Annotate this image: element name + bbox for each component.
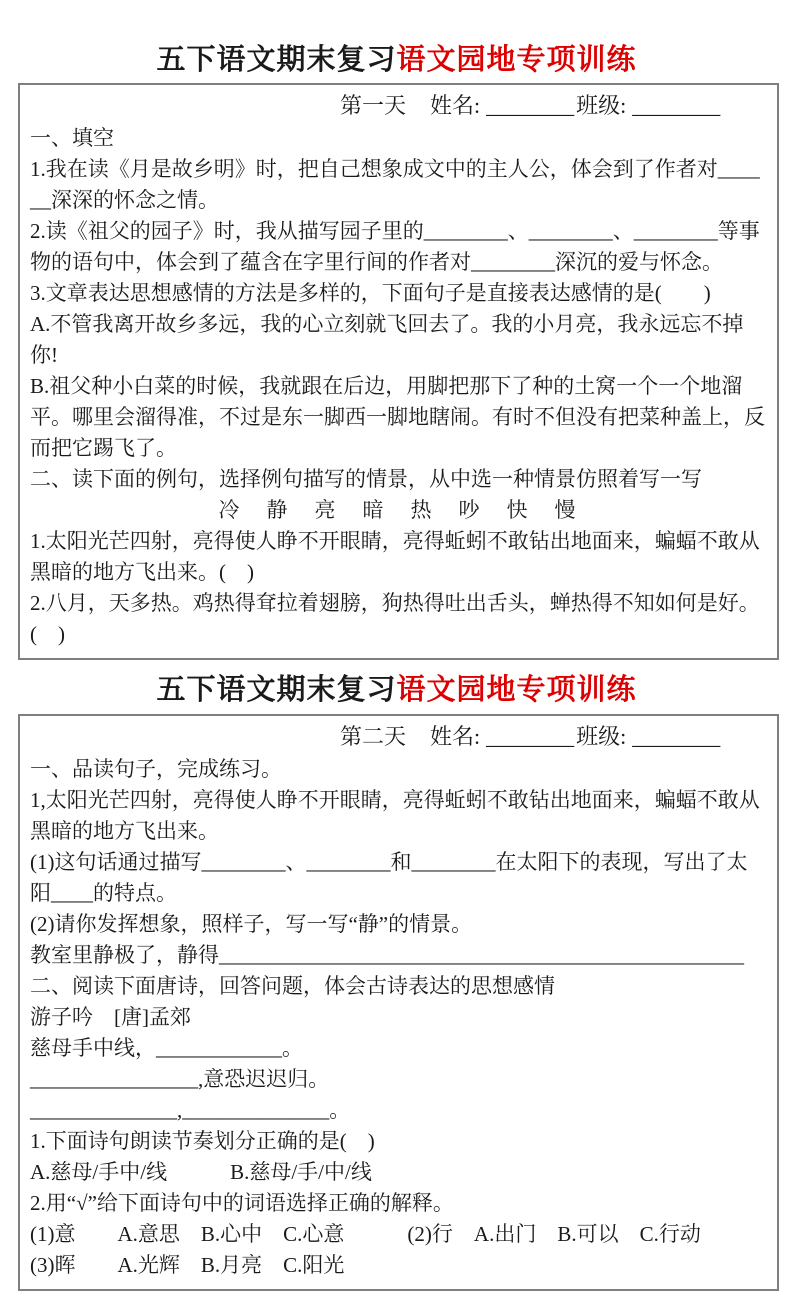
page-title-prefix: 五下语文期末复习 (156, 44, 396, 76)
text-line: B.祖父种小白菜的时候，我就跟在后边，用脚把那下了种的土窝一个一个地溜平。哪里会… (30, 371, 767, 464)
text-line: 一、填空 (30, 123, 767, 154)
class-label: 班级: (576, 93, 626, 118)
day1-exercise-body: 一、填空1.我在读《月是故乡明》时，把自己想象成文中的主人公，体会到了作者对__… (30, 123, 767, 650)
class-blank-field: ________ (632, 93, 720, 118)
text-line: 游子吟 [唐]孟郊 (30, 1002, 767, 1033)
text-line: ________________,意恐迟迟归。 (30, 1064, 767, 1095)
day-label: 第二天 (340, 724, 406, 749)
text-line: A.不管我离开故乡多远，我的心立刻就飞回去了。我的小月亮，我永远忘不掉你! (30, 309, 767, 371)
text-line: (1)意 A.意思 B.心中 C.心意 (2)行 A.出门 B.可以 C.行动 (30, 1219, 767, 1250)
page-title-prefix: 五下语文期末复习 (156, 674, 396, 706)
day2-header: 第二天姓名:________班级:________ (30, 720, 767, 754)
text-line: (1)这句话通过描写________、________和________在太阳下… (30, 847, 767, 909)
page-title: 五下语文期末复习语文园地专项训练 (0, 0, 793, 83)
page-title-highlight: 语文园地专项训练 (397, 674, 637, 706)
name-blank-field: ________ (486, 93, 574, 118)
text-line: 1.下面诗句朗读节奏划分正确的是( ) (30, 1126, 767, 1157)
text-line: 教室里静极了，静得_______________________________… (30, 940, 767, 971)
day1-header: 第一天姓名:________班级:________ (30, 89, 767, 123)
text-line: 冷 静 亮 暗 热 吵 快 慢 (30, 495, 767, 526)
text-line: 二、阅读下面唐诗，回答问题，体会古诗表达的思想感情 (30, 971, 767, 1002)
day-label: 第一天 (340, 93, 406, 118)
worksheet-day2-box: 第二天姓名:________班级:________ 一、品读句子，完成练习。1,… (18, 714, 779, 1291)
text-line: 2.读《祖父的园子》时，我从描写园子里的________、________、__… (30, 216, 767, 278)
text-line: ______________,______________。 (30, 1095, 767, 1126)
day2-exercise-body: 一、品读句子，完成练习。1,太阳光芒四射，亮得使人睁不开眼睛，亮得蚯蚓不敢钻出地… (30, 754, 767, 1281)
worksheet-day1-box: 第一天姓名:________班级:________ 一、填空1.我在读《月是故乡… (18, 83, 779, 660)
page-title: 五下语文期末复习语文园地专项训练 (0, 660, 793, 714)
text-line: A.慈母/手中/线 B.慈母/手/中/线 (30, 1157, 767, 1188)
text-line: 3.文章表达思想感情的方法是多样的，下面句子是直接表达感情的是( ) (30, 278, 767, 309)
text-line: (3)晖 A.光辉 B.月亮 C.阳光 (30, 1250, 767, 1281)
text-line: (2)请你发挥想象，照样子，写一写“静”的情景。 (30, 909, 767, 940)
text-line: 慈母手中线，____________。 (30, 1033, 767, 1064)
text-line: 一、品读句子，完成练习。 (30, 754, 767, 785)
class-blank-field: ________ (632, 724, 720, 749)
name-label: 姓名: (430, 93, 480, 118)
text-line: 2.用“√”给下面诗句中的词语选择正确的解释。 (30, 1188, 767, 1219)
text-line: 1.太阳光芒四射，亮得使人睁不开眼睛，亮得蚯蚓不敢钻出地面来，蝙蝠不敢从黑暗的地… (30, 526, 767, 588)
page-title-highlight: 语文园地专项训练 (397, 44, 637, 76)
text-line: 1,太阳光芒四射，亮得使人睁不开眼睛，亮得蚯蚓不敢钻出地面来，蝙蝠不敢从黑暗的地… (30, 785, 767, 847)
text-line: 2.八月，天多热。鸡热得耷拉着翅膀，狗热得吐出舌头，蝉热得不知如何是好。( ) (30, 588, 767, 650)
text-line: 二、读下面的例句，选择例句描写的情景，从中选一种情景仿照着写一写 (30, 464, 767, 495)
text-line: 1.我在读《月是故乡明》时，把自己想象成文中的主人公，体会到了作者对______… (30, 154, 767, 216)
name-label: 姓名: (430, 724, 480, 749)
name-blank-field: ________ (486, 724, 574, 749)
class-label: 班级: (576, 724, 626, 749)
